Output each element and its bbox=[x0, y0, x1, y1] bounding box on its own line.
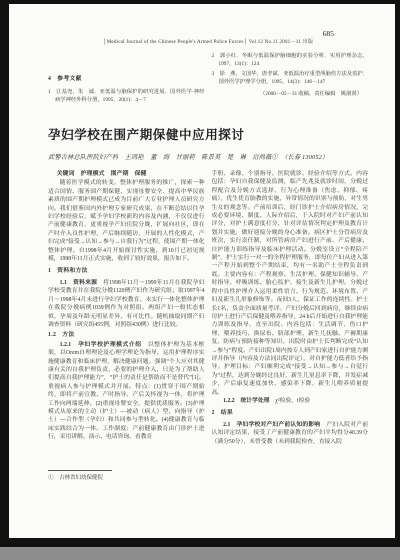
paper-page: │Medical Journal of the Chinese People's… bbox=[9, 4, 395, 538]
received-date-line: （2000－05－31 收稿，责任编辑 姚淑贤） bbox=[212, 90, 369, 98]
section-heading-results: 2 结果 bbox=[212, 409, 369, 417]
affiliation-footnote: ① 吉林省妇幼保健院 bbox=[48, 470, 205, 486]
section-1-1-label: 1.1 资料来源 bbox=[60, 280, 98, 286]
section-heading-materials-methods: 1 资料和方法 bbox=[48, 267, 205, 275]
reference-item-3: 3 徐 燕，文国华，唐孝斌．亚低温治疗重型颅脑伤方法及监护．国外医学护理学分册，… bbox=[212, 70, 369, 86]
footnote-rule bbox=[48, 470, 112, 471]
body-left-column: 关键词 护理模式 围产期 保健 随着医学模式的转变，整体护理服务的推广，探索一种… bbox=[48, 170, 205, 486]
continuation-paragraph: 手册、录像、个别指导、医院就诊、经验介绍等方式。内容包括：孕妇自我保健及监测，临… bbox=[212, 170, 369, 397]
section-1-1-text: 将1998年11月～1999年11月在我院孕妇学校受教育并在我院分娩1120例产… bbox=[48, 280, 205, 328]
journal-title-line: │Medical Journal of the Chinese People's… bbox=[103, 39, 313, 45]
references-heading: 4 参考文献 bbox=[48, 75, 205, 83]
article-title: 孕妇学校在围产期保健中应用探讨 bbox=[48, 125, 368, 143]
article-body: 关键词 护理模式 围产期 保健 随着医学模式的转变，整体护理服务的推广，探索一种… bbox=[48, 170, 368, 486]
page-number: 685 bbox=[323, 29, 334, 38]
section-1-2-1-text: 以整体护理为基本框架，以Orem自理理论及心理学理论为指导，运用护理程序实施健康… bbox=[48, 342, 205, 440]
section-heading-1-2: 1.2 方法 bbox=[48, 331, 205, 339]
reference-item-2: 2 郭小红．冬眠与低温保护脑细胞的实验分析．实用护理杂志，1997，13(1)：… bbox=[212, 52, 369, 68]
section-1-2-1-label: 1.2.1 孕妇学校护理模式介绍 bbox=[60, 342, 142, 348]
previous-article-references: 4 参考文献 1 江基尧，朱 诚．亚低温与脑保护的研究进展．国外医学·神经病学神… bbox=[48, 52, 368, 106]
section-1-2-2-text: χ²检验，t检验 bbox=[269, 398, 310, 404]
section-2-1-label: 2.1 孕妇学校对产妇产前认知的影响 bbox=[223, 422, 320, 428]
scan-bottom-edge bbox=[0, 547, 400, 560]
body-right-column: 手册、录像、个别指导、医院就诊、经验介绍等方式。内容包括：孕妇自我保健及监测，临… bbox=[212, 170, 369, 486]
authors-affiliation-line: 武警吉林总队医院妇产科 王鸿艳 董 海 甘丽莉 陈景英 楚 琳 衍尚薇① （长春… bbox=[48, 152, 368, 161]
section-1-2-2-paragraph: 1.2.2 统计学处理 χ²检验，t检验 bbox=[212, 397, 369, 405]
section-1-1-paragraph: 1.1 资料来源 将1998年11月～1999年11月在我院孕妇学校受教育并在我… bbox=[48, 279, 205, 329]
running-header: │Medical Journal of the Chinese People's… bbox=[48, 30, 368, 39]
references-right-column: 2 郭小红．冬眠与低温保护脑细胞的实验分析．实用护理杂志，1997，13(1)：… bbox=[212, 52, 369, 106]
section-1-2-2-label: 1.2.2 统计学处理 bbox=[223, 398, 269, 404]
keywords-line: 关键词 护理模式 围产期 保健 bbox=[48, 170, 205, 178]
references-left-column: 4 参考文献 1 江基尧，朱 诚．亚低温与脑保护的研究进展．国外医学·神经病学神… bbox=[48, 52, 205, 106]
scanned-journal-page: │Medical Journal of the Chinese People's… bbox=[0, 0, 400, 560]
footnote-text: ① 吉林省妇幼保健院 bbox=[48, 474, 205, 482]
section-2-1-paragraph: 2.1 孕妇学校对产妇产前认知的影响 产妇入院对产前认知评定结果，接受了产前健康… bbox=[212, 421, 369, 446]
reference-item-1: 1 江基尧，朱 诚．亚低温与脑保护的研究进展．国外医学·神经病学神经外科分册，1… bbox=[48, 88, 205, 104]
intro-paragraph: 随着医学模式的转变，整体护理服务的推广，探索一种适合国情、服务围产期保健、实现母… bbox=[48, 179, 205, 263]
section-1-2-1-paragraph: 1.2.1 孕妇学校护理模式介绍 以整体护理为基本框架，以Orem自理理论及心理… bbox=[48, 341, 205, 442]
